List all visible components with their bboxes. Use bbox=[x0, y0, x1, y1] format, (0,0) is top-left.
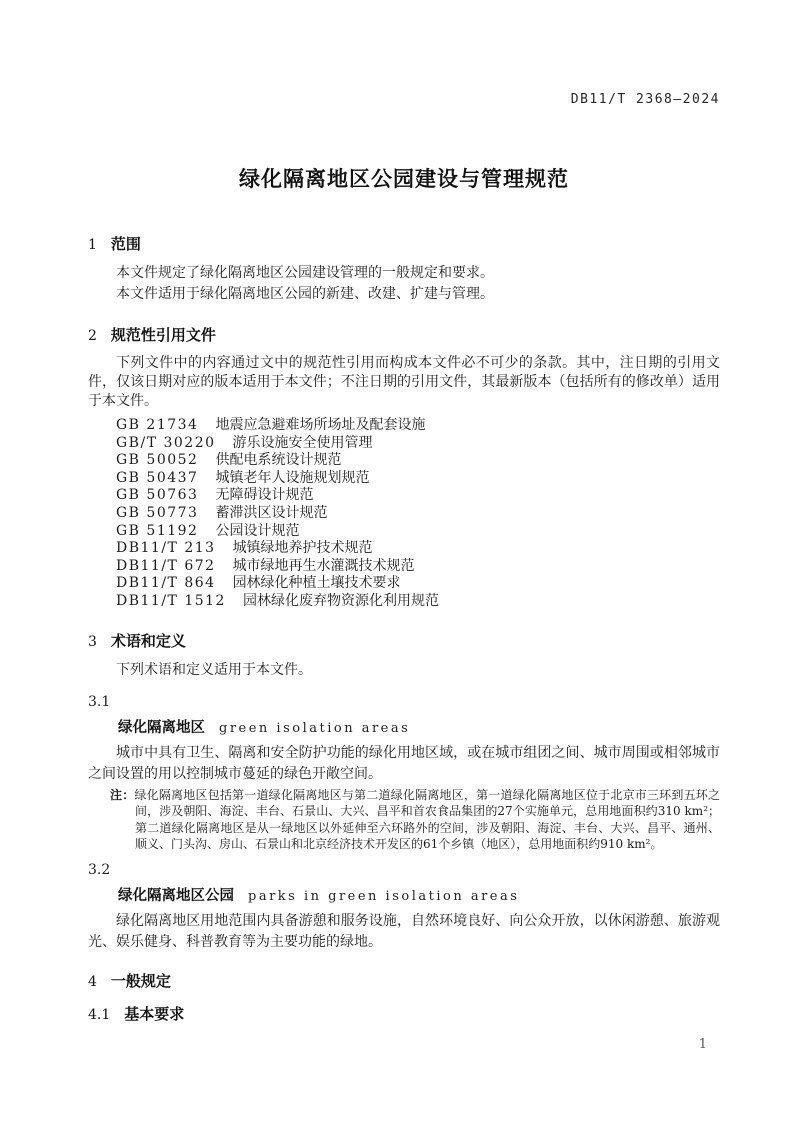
reference-title: 公园设计规范 bbox=[215, 523, 299, 539]
section-2-heading: 2规范性引用文件 bbox=[88, 325, 720, 346]
normative-refs-intro: 下列文件中的内容通过文中的规范性引用而构成本文件必不可少的条款。其中，注日期的引… bbox=[88, 354, 720, 411]
section-1-title: 范围 bbox=[111, 235, 141, 253]
section-3-number: 3 bbox=[88, 634, 97, 650]
reference-code: DB11/T 672 bbox=[116, 558, 216, 574]
scope-paragraph-2: 本文件适用于绿化隔离地区公园的新建、改建、扩建与管理。 bbox=[88, 284, 720, 305]
term-3-2-definition: 绿化隔离地区用地范围内具备游憩和服务设施，自然环境良好、向公众开放，以休闲游憩、… bbox=[88, 911, 720, 953]
section-4-number: 4 bbox=[88, 974, 97, 990]
term-3-2: 绿化隔离地区公园parks in green isolation areas bbox=[118, 885, 720, 907]
reference-code: GB 50437 bbox=[116, 470, 198, 486]
reference-code: GB 50052 bbox=[116, 452, 198, 468]
page-number: 1 bbox=[699, 1037, 707, 1052]
doc-code: DB11/T 2368—2024 bbox=[88, 92, 720, 108]
term-3-2-en: parks in green isolation areas bbox=[248, 889, 519, 904]
section-4-heading: 4一般规定 bbox=[88, 971, 720, 992]
reference-item: GB 50437城镇老年人设施规划规范 bbox=[116, 470, 720, 488]
reference-item: DB11/T 1512园林绿化废弃物资源化利用规范 bbox=[116, 593, 720, 611]
scope-paragraph-1: 本文件规定了绿化隔离地区公园建设管理的一般规定和要求。 bbox=[88, 263, 720, 284]
term-3-1-en: green isolation areas bbox=[219, 721, 410, 736]
reference-item: GB 21734地震应急避难场所场址及配套设施 bbox=[116, 417, 720, 435]
document-page: DB11/T 2368—2024 绿化隔离地区公园建设与管理规范 1范围 本文件… bbox=[0, 0, 793, 1123]
clause-3-2-number: 3.2 bbox=[88, 861, 720, 879]
reference-item: GB 50773蓄滞洪区设计规范 bbox=[116, 505, 720, 523]
reference-code: DB11/T 213 bbox=[116, 540, 216, 556]
page-title: 绿化隔离地区公园建设与管理规范 bbox=[88, 164, 720, 194]
term-3-1-zh: 绿化隔离地区 bbox=[118, 720, 205, 736]
reference-title: 园林绿化废弃物资源化利用规范 bbox=[243, 593, 439, 609]
section-4-1-number: 4.1 bbox=[88, 1007, 110, 1023]
section-4-1-title: 基本要求 bbox=[124, 1005, 184, 1023]
reference-item: GB/T 30220游乐设施安全使用管理 bbox=[116, 435, 720, 453]
reference-title: 城镇绿地养护技术规范 bbox=[233, 540, 373, 556]
reference-code: DB11/T 864 bbox=[116, 575, 216, 591]
term-3-1: 绿化隔离地区green isolation areas bbox=[118, 717, 720, 739]
section-2-number: 2 bbox=[88, 328, 97, 344]
reference-item: DB11/T 672城市绿地再生水灌溉技术规范 bbox=[116, 558, 720, 576]
reference-code: GB 51192 bbox=[116, 523, 198, 539]
section-3-heading: 3术语和定义 bbox=[88, 631, 720, 652]
term-3-2-zh: 绿化隔离地区公园 bbox=[118, 888, 234, 904]
reference-title: 蓄滞洪区设计规范 bbox=[215, 505, 327, 521]
clause-3-1-number: 3.1 bbox=[88, 693, 720, 711]
reference-title: 城镇老年人设施规划规范 bbox=[215, 470, 369, 486]
reference-title: 游乐设施安全使用管理 bbox=[233, 435, 373, 451]
section-1-heading: 1范围 bbox=[88, 234, 720, 255]
reference-title: 无障碍设计规范 bbox=[215, 487, 313, 503]
section-4-title: 一般规定 bbox=[111, 972, 171, 990]
reference-code: GB/T 30220 bbox=[116, 435, 216, 451]
reference-code: GB 21734 bbox=[116, 417, 198, 433]
reference-code: DB11/T 1512 bbox=[116, 593, 226, 609]
section-4-1-heading: 4.1基本要求 bbox=[88, 1004, 720, 1025]
reference-code: GB 50763 bbox=[116, 487, 198, 503]
reference-item: DB11/T 864园林绿化种植土壤技术要求 bbox=[116, 575, 720, 593]
note-label: 注： bbox=[110, 788, 134, 802]
term-3-1-note: 注：绿化隔离地区包括第一道绿化隔离地区与第二道绿化隔离地区，第一道绿化隔离地区位… bbox=[88, 787, 720, 853]
term-3-1-definition: 城市中具有卫生、隔离和安全防护功能的绿化用地区域，或在城市组团之间、城市周围或相… bbox=[88, 743, 720, 785]
reference-item: GB 50052供配电系统设计规范 bbox=[116, 452, 720, 470]
section-2-title: 规范性引用文件 bbox=[111, 326, 216, 344]
reference-item: GB 50763无障碍设计规范 bbox=[116, 487, 720, 505]
section-3-title: 术语和定义 bbox=[111, 632, 186, 650]
terms-intro: 下列术语和定义适用于本文件。 bbox=[88, 660, 720, 681]
reference-code: GB 50773 bbox=[116, 505, 198, 521]
reference-title: 园林绿化种植土壤技术要求 bbox=[233, 575, 401, 591]
reference-item: GB 51192公园设计规范 bbox=[116, 523, 720, 541]
reference-title: 供配电系统设计规范 bbox=[215, 452, 341, 468]
reference-title: 地震应急避难场所场址及配套设施 bbox=[215, 417, 425, 433]
reference-item: DB11/T 213城镇绿地养护技术规范 bbox=[116, 540, 720, 558]
reference-title: 城市绿地再生水灌溉技术规范 bbox=[233, 558, 415, 574]
note-text: 绿化隔离地区包括第一道绿化隔离地区与第二道绿化隔离地区，第一道绿化隔离地区位于北… bbox=[134, 788, 720, 852]
reference-list: GB 21734地震应急避难场所场址及配套设施 GB/T 30220游乐设施安全… bbox=[116, 417, 720, 611]
section-1-number: 1 bbox=[88, 237, 97, 253]
